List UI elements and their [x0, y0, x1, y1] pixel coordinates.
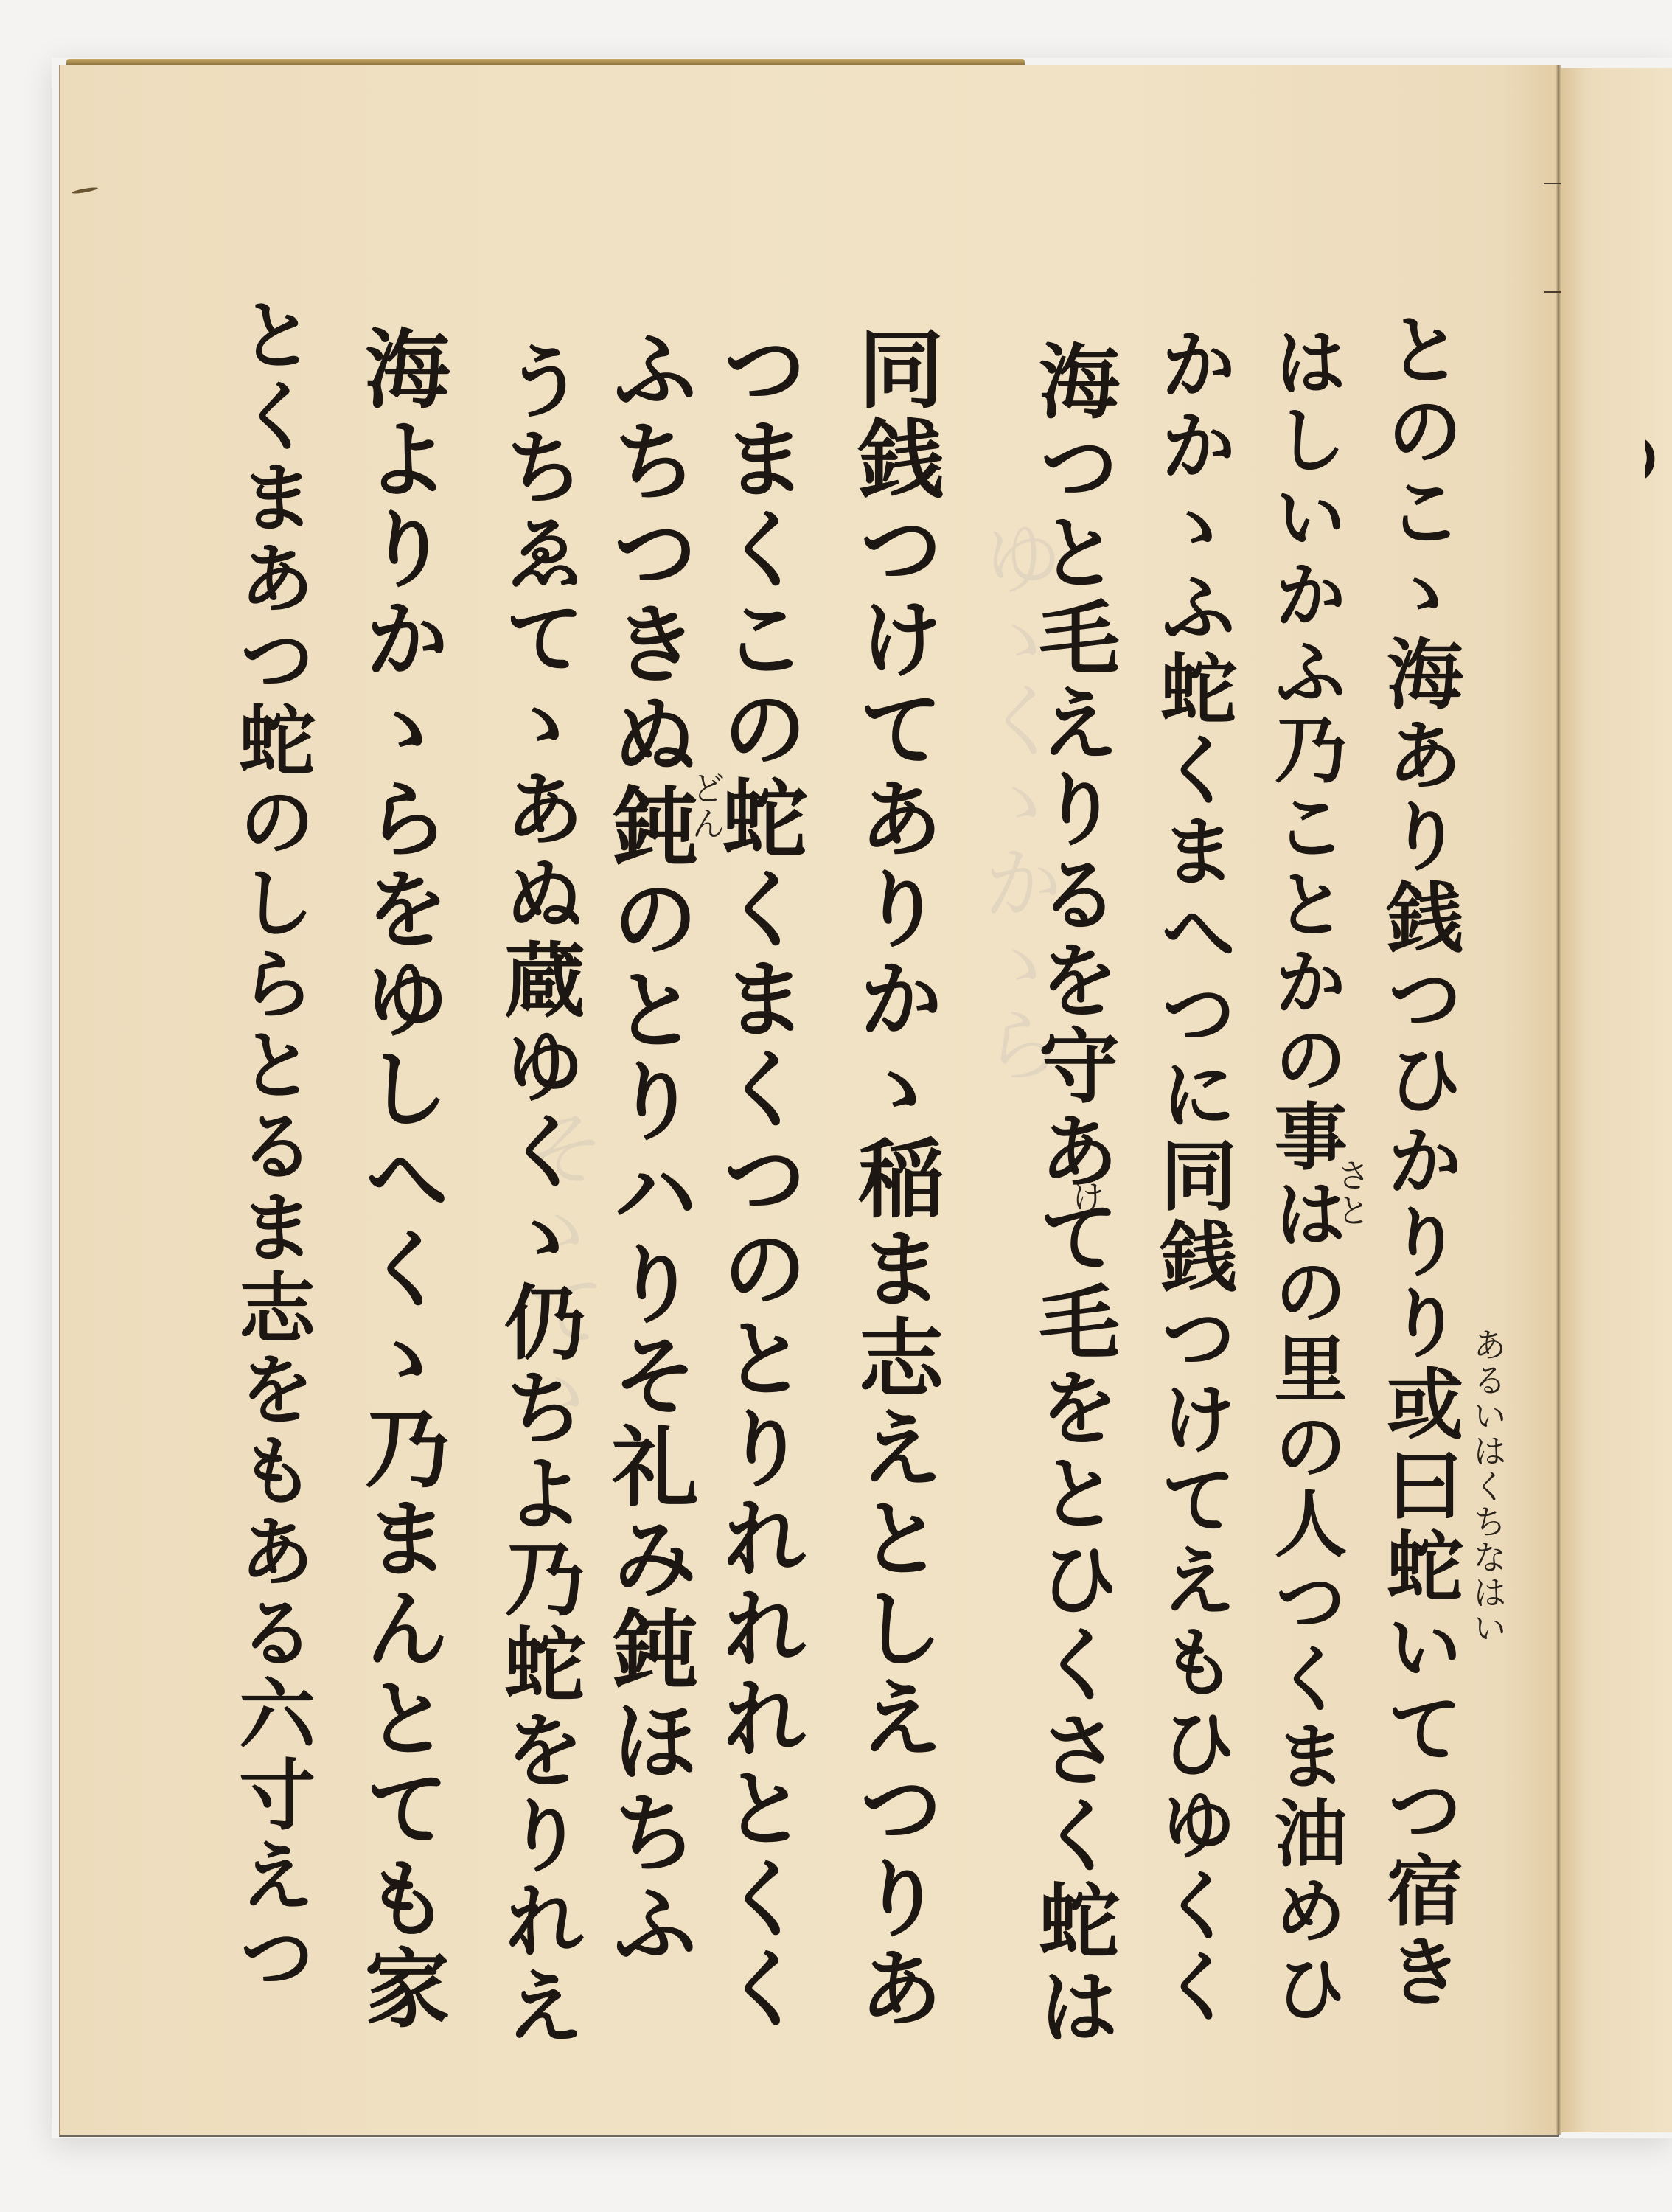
furigana-sato: さと	[1327, 1158, 1376, 1228]
text-column-5: 同銭つけてありかゝ稲ま志えとしえつりあ	[851, 324, 937, 2034]
next-page-text-fragment: ゆりくゝくゝ	[1645, 413, 1672, 2109]
text-column-7: ふちつきぬ鈍のとりハりそ礼み鈍ほちふ	[605, 324, 692, 1970]
furigana-aruiha-kuchinaha: あるいはくちなはい	[1463, 1327, 1512, 1646]
text-column-10: とくまあつ蛇のしらとるま志をもある六寸えつ	[232, 295, 309, 1998]
text-column-3: かかゝふ蛇くまへつに同銭つけてえもひゆくく	[1154, 324, 1230, 2028]
furigana-don: どん	[682, 771, 731, 841]
text-column-6: つまくこの蛇くまくつのとりれれれとくく	[715, 324, 801, 2034]
text-column-8: うちゑてゝあぬ蔵ゆくゝ仍ちよ乃蛇をりれえ	[498, 339, 579, 2050]
furigana-ke: け	[1062, 1180, 1110, 1215]
text-column-9: 海よりかゝらをゆしへくゝ乃まんとても家	[358, 324, 443, 2034]
text-column-1: とのこゝ海あり銭つひかりり或曰蛇いてつ宿き	[1380, 310, 1457, 2013]
